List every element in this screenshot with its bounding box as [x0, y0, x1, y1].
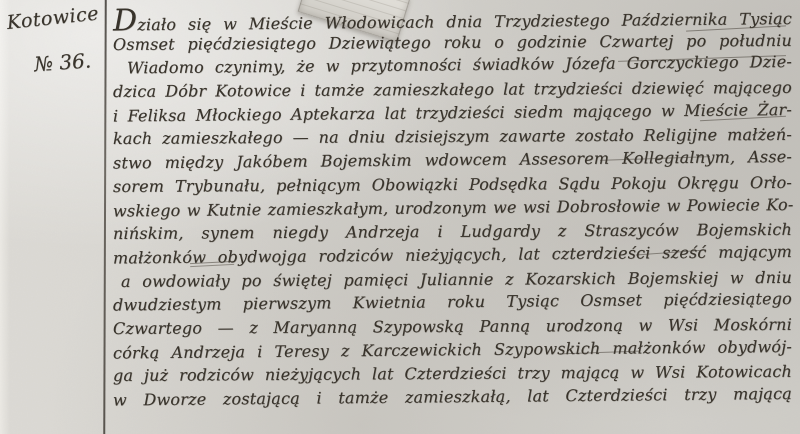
- record-margin: Kotowice № 36.: [8, 12, 100, 74]
- scanned-record-page: Kotowice № 36. Działo się w Mieście Włod…: [0, 0, 800, 434]
- record-body-text: Działo się w Mieście Włodowicach dnia Tr…: [113, 9, 792, 412]
- record-number: № 36.: [33, 48, 101, 77]
- margin-rule-line: [103, 0, 107, 434]
- margin-place-name: Kotowice: [6, 3, 100, 34]
